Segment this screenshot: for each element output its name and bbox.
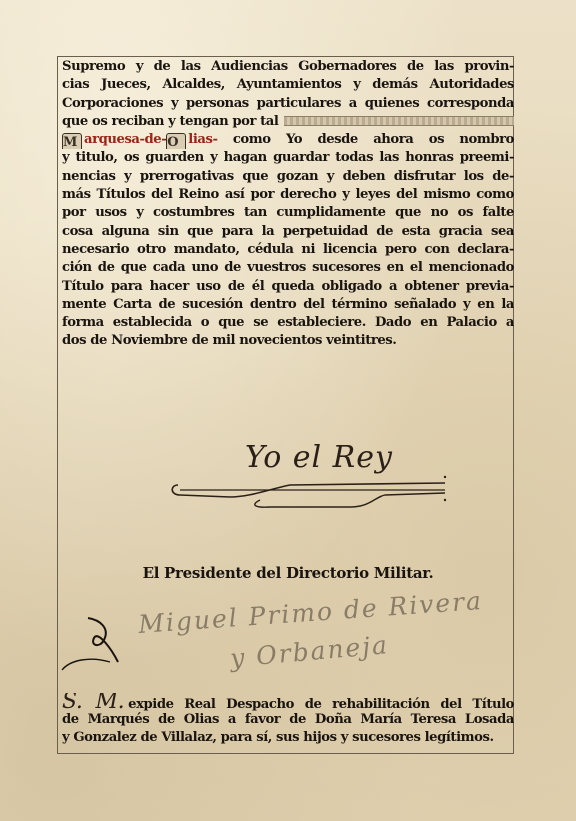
- signature-rubric-flourish: [170, 465, 450, 510]
- title-name-part-2: lias-: [188, 132, 217, 147]
- body-line-text: como Yo desde ahora os nombro: [233, 132, 514, 147]
- line-filler-ornament: [284, 116, 514, 126]
- sm-initials: S. M.: [62, 693, 124, 711]
- body-line-text: que os reciban y tengan por tal: [62, 114, 278, 129]
- body-line: que os reciban y tengan por tal: [62, 113, 514, 131]
- body-line: cosa alguna sin que para la perpetuidad …: [62, 223, 514, 241]
- body-line: necesario otro mandato, cédula ni licenc…: [62, 241, 514, 259]
- illuminated-initial-m: M: [62, 133, 82, 149]
- body-line: y titulo, os guarden y hagan guardar tod…: [62, 149, 514, 167]
- closing-text: S. M.expide Real Despacho de rehabilitac…: [62, 693, 514, 747]
- president-title: El Presidente del Directorio Militar.: [0, 564, 576, 582]
- closing-line: S. M.expide Real Despacho de rehabilitac…: [62, 693, 514, 711]
- body-line: dos de Noviembre de mil novecientos vein…: [62, 332, 514, 350]
- body-line: Corporaciones y personas particulares a …: [62, 95, 514, 113]
- body-line: ción de que cada uno de vuestros sucesor…: [62, 259, 514, 277]
- body-line: Título para hacer uso de él queda obliga…: [62, 278, 514, 296]
- body-line: por usos y costumbres tan cumplidamente …: [62, 204, 514, 222]
- closing-line-text: expide Real Despacho de rehabilitación d…: [128, 697, 514, 711]
- closing-line: y Gonzalez de Villalaz, para sí, sus hij…: [62, 729, 514, 747]
- body-line: Supremo y de las Audiencias Gobernadores…: [62, 58, 514, 76]
- document-page: Supremo y de las Audiencias Gobernadores…: [0, 0, 576, 821]
- closing-line: de Marqués de Olias a favor de Doña Marí…: [62, 711, 514, 729]
- title-line: Marquesa-de-Olias- como Yo desde ahora o…: [62, 131, 514, 149]
- body-line: más Títulos del Reino así por derecho y …: [62, 186, 514, 204]
- body-line: forma establecida o que se estableciere.…: [62, 314, 514, 332]
- body-line: nencias y prerrogativas que gozan y debe…: [62, 168, 514, 186]
- body-line: cias Jueces, Alcaldes, Ayuntamientos y d…: [62, 76, 514, 94]
- body-text: Supremo y de las Audiencias Gobernadores…: [62, 58, 514, 351]
- title-name-part-1: arquesa-de-: [84, 132, 166, 147]
- paraph-flourish: [60, 610, 140, 680]
- body-line: mente Carta de sucesión dentro del térmi…: [62, 296, 514, 314]
- illuminated-initial-o: O: [166, 133, 186, 149]
